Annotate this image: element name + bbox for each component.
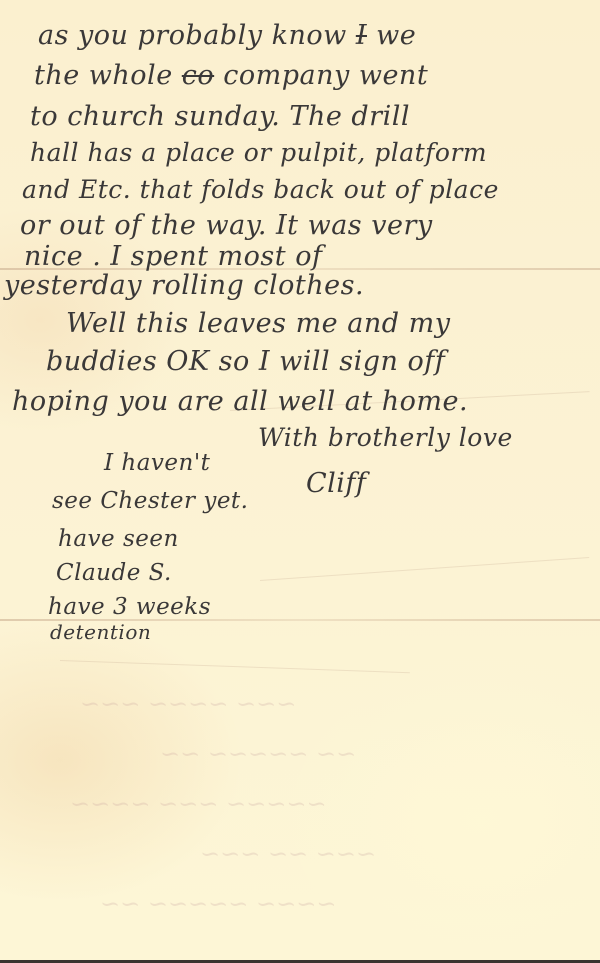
line-text: we: [376, 20, 416, 51]
letter-page: ~~~ ~~~~ ~~~ ~~ ~~~~~ ~~ ~~~~~ ~~~ ~~~~ …: [0, 0, 600, 960]
letter-line-8: yesterday rolling clothes.: [4, 272, 364, 299]
postscript-line-3: have seen: [58, 528, 179, 551]
letter-line-2: the whole co company went: [34, 62, 428, 89]
letter-line-5: and Etc. that folds back out of place: [22, 177, 499, 202]
letter-line-6: or out of the way. It was very: [20, 212, 433, 239]
letter-line-4: hall has a place or pulpit, platform: [30, 140, 487, 165]
struck-word: I: [356, 20, 367, 51]
bleed-through: ~~~~ ~~~~~ ~~: [100, 890, 336, 918]
postscript-line-5: have 3 weeks: [48, 596, 211, 619]
letter-line-11: hoping you are all well at home.: [12, 388, 468, 415]
struck-word: co: [182, 60, 214, 91]
line-text: company went: [223, 60, 428, 91]
postscript-line-6: detention: [50, 622, 151, 642]
paper-crease: [60, 660, 410, 673]
postscript-line-2: see Chester yet.: [52, 490, 248, 513]
letter-line-3: to church sunday. The drill: [30, 103, 410, 130]
closing: With brotherly love: [258, 425, 513, 450]
line-text: as you probably know: [38, 20, 347, 51]
bleed-through: ~~ ~~~~~ ~~: [160, 740, 356, 768]
letter-line-1: as you probably know I we: [38, 22, 416, 49]
bleed-through: ~~~ ~~~~ ~~~: [80, 690, 296, 718]
letter-line-7: nice . I spent most of: [24, 243, 322, 270]
paper-crease: [260, 557, 589, 581]
line-text: the whole: [34, 60, 173, 91]
signature: Cliff: [306, 470, 366, 497]
bleed-through: ~~~~~ ~~~ ~~~~: [70, 790, 327, 818]
postscript-line-1: I haven't: [104, 452, 210, 475]
letter-line-9: Well this leaves me and my: [66, 310, 450, 337]
letter-line-10: buddies OK so I will sign off: [46, 348, 445, 375]
postscript-line-4: Claude S.: [56, 562, 172, 585]
bleed-through: ~~~ ~~ ~~~: [200, 840, 376, 868]
